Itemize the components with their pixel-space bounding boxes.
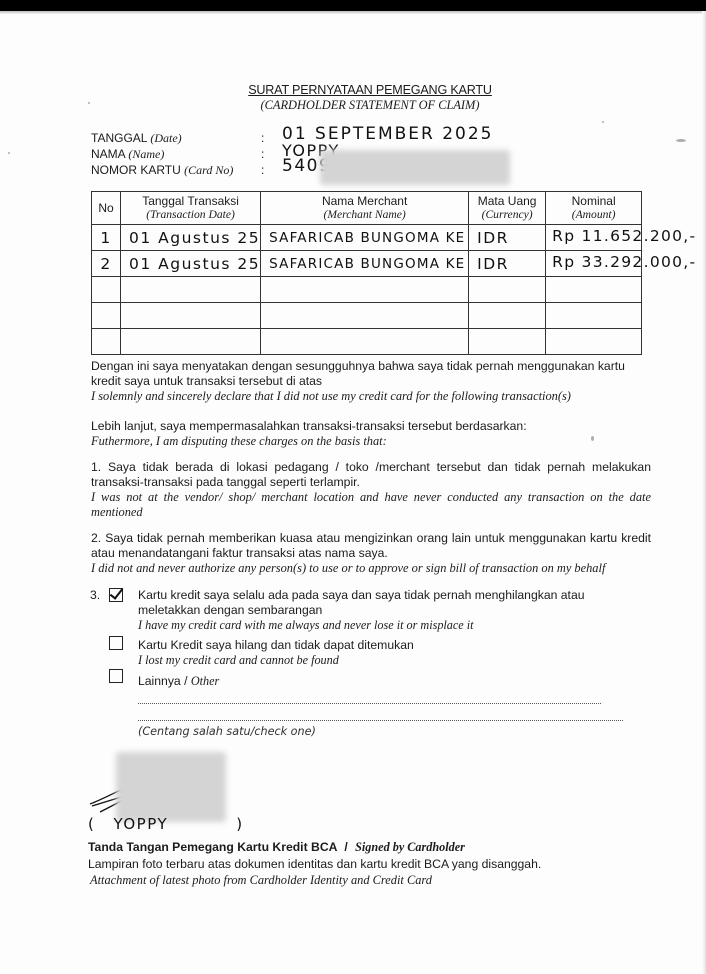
transaction-table: No Tanggal Transaksi (Transaction Date) … — [91, 191, 642, 355]
cell-no[interactable]: 1 — [92, 225, 121, 251]
scan-speck — [676, 139, 686, 142]
signer-name-value: YOPPY — [114, 815, 169, 833]
option-other-text: Lainnya / — [138, 674, 191, 688]
col-no: No — [92, 192, 121, 225]
field-name-label-en: (Name) — [128, 147, 164, 161]
field-name-label: NAMA — [91, 147, 125, 161]
attachment-note: Lampiran foto terbaru atas dokumen ident… — [88, 857, 541, 871]
cell-currency[interactable] — [469, 329, 546, 355]
cell-date[interactable] — [121, 303, 261, 329]
signer-name-open: ( — [88, 815, 95, 833]
col-amount: Nominal (Amount) — [546, 192, 642, 225]
col-transaction-date-label: Tanggal Transaksi — [121, 194, 260, 208]
cell-currency[interactable] — [469, 277, 546, 303]
option-always-have-card: Kartu kredit saya selalu ada pada saya d… — [138, 588, 648, 633]
checkbox-card-lost[interactable] — [109, 636, 123, 650]
cell-currency[interactable]: IDR — [469, 251, 546, 277]
field-card-no-colon: : — [261, 163, 264, 178]
cell-amount[interactable]: Rp 11.652.200,- — [546, 225, 642, 251]
signature-label-text-en: Signed by Cardholder — [355, 840, 465, 854]
cell-amount[interactable] — [546, 303, 642, 329]
field-date-value[interactable]: 01 SEPTEMBER 2025 — [282, 127, 494, 142]
declaration-block: Dengan ini saya menyatakan dengan sesung… — [91, 359, 651, 404]
signature-label-text: Tanda Tangan Pemegang Kartu Kredit BCA — [88, 840, 337, 854]
document-subtitle: (CARDHOLDER STATEMENT OF CLAIM) — [0, 98, 706, 113]
option-card-lost-text: Kartu Kredit saya hilang dan tidak dapat… — [138, 638, 648, 653]
dispute-intro: Lebih lanjut, saya mempermasalahkan tran… — [91, 419, 651, 449]
cell-currency[interactable]: IDR — [469, 225, 546, 251]
document-title: SURAT PERNYATAAN PEMEGANG KARTU — [0, 83, 706, 97]
cell-currency[interactable] — [469, 303, 546, 329]
col-merchant-name-label-en: (Merchant Name) — [261, 208, 468, 222]
option-card-lost: Kartu Kredit saya hilang dan tidak dapat… — [138, 638, 648, 668]
scan-speck — [602, 121, 604, 123]
signature-label-separator: / — [344, 840, 347, 854]
col-currency: Mata Uang (Currency) — [469, 192, 546, 225]
dispute-intro-text: Lebih lanjut, saya mempermasalahkan tran… — [91, 419, 651, 434]
cell-amount[interactable]: Rp 33.292.000,- — [546, 251, 642, 277]
scan-edge-shadow — [0, 11, 706, 14]
declaration-text-en: I solemnly and sincerely declare that I … — [91, 389, 651, 404]
option-card-lost-text-en: I lost my credit card and cannot be foun… — [138, 653, 648, 668]
checkbox-other[interactable] — [109, 669, 123, 683]
dispute-intro-text-en: Futhermore, I am disputing these charges… — [91, 434, 651, 449]
reason-2-text-en: I did not and never authorize any person… — [91, 561, 651, 576]
cell-date[interactable] — [121, 277, 261, 303]
col-amount-label-en: (Amount) — [546, 208, 641, 222]
col-currency-label: Mata Uang — [469, 194, 545, 208]
table-row — [92, 329, 642, 355]
redaction-blur — [320, 150, 510, 185]
cell-amount[interactable] — [546, 329, 642, 355]
cell-date[interactable]: 01 Agustus 25 — [121, 251, 261, 277]
attachment-note-en: Attachment of latest photo from Cardhold… — [90, 873, 432, 888]
check-one-hint: (Centang salah satu/check one) — [138, 725, 316, 738]
table-header-row: No Tanggal Transaksi (Transaction Date) … — [92, 192, 642, 225]
table-row — [92, 303, 642, 329]
cell-merchant[interactable] — [261, 303, 469, 329]
col-transaction-date: Tanggal Transaksi (Transaction Date) — [121, 192, 261, 225]
col-transaction-date-label-en: (Transaction Date) — [121, 208, 260, 222]
cell-amount[interactable] — [546, 277, 642, 303]
field-name-colon: : — [261, 147, 264, 162]
col-amount-label: Nominal — [546, 194, 641, 208]
field-name: NAMA (Name) : YOPPY — [91, 147, 164, 162]
signature-redaction-blur — [116, 752, 226, 822]
field-card-no-label-en: (Card No) — [184, 163, 233, 177]
cell-no[interactable]: 2 — [92, 251, 121, 277]
field-card-no-label: NOMOR KARTU — [91, 163, 181, 177]
cell-amount-text: Rp 33.292.000,- — [552, 253, 696, 271]
scan-right-edge — [702, 11, 706, 974]
col-currency-label-en: (Currency) — [469, 208, 545, 222]
col-merchant-name: Nama Merchant (Merchant Name) — [261, 192, 469, 225]
field-date: TANGGAL (Date) : 01 SEPTEMBER 2025 — [91, 131, 182, 146]
other-reason-line-2[interactable] — [138, 720, 623, 721]
cell-merchant[interactable] — [261, 277, 469, 303]
cell-merchant[interactable]: SAFARICAB BUNGOMA KE — [261, 251, 469, 277]
reason-1-text-en: I was not at the vendor/ shop/ merchant … — [91, 490, 651, 520]
reason-3-number: 3. — [90, 588, 100, 602]
cell-date[interactable]: 01 Agustus 25 — [121, 225, 261, 251]
option-other: Lainnya / Other — [138, 674, 648, 689]
declaration-text: Dengan ini saya menyatakan dengan sesung… — [91, 359, 651, 389]
reason-2: 2. Saya tidak pernah memberikan kuasa at… — [91, 531, 651, 576]
cell-no[interactable] — [92, 277, 121, 303]
table-row — [92, 277, 642, 303]
reason-2-text: 2. Saya tidak pernah memberikan kuasa at… — [91, 531, 651, 561]
cell-amount-text: Rp 11.652.200,- — [552, 227, 696, 245]
signer-name: ( YOPPY ) — [88, 815, 244, 833]
field-card-no: NOMOR KARTU (Card No) : 5409 — [91, 163, 233, 178]
field-date-colon: : — [261, 131, 264, 146]
field-date-label-en: (Date) — [150, 131, 181, 145]
reason-1-text: 1. Saya tidak berada di lokasi pedagang … — [91, 460, 651, 490]
signer-name-close: ) — [236, 815, 243, 833]
field-date-label: TANGGAL — [91, 131, 147, 145]
scan-speck — [8, 152, 10, 154]
cell-merchant[interactable] — [261, 329, 469, 355]
cell-no[interactable] — [92, 329, 121, 355]
option-always-have-card-text: Kartu kredit saya selalu ada pada saya d… — [138, 588, 648, 618]
table-row: 201 Agustus 25SAFARICAB BUNGOMA KEIDRRp … — [92, 251, 642, 277]
other-reason-line-1[interactable] — [138, 703, 601, 704]
col-merchant-name-label: Nama Merchant — [261, 194, 468, 208]
cell-merchant[interactable]: SAFARICAB BUNGOMA KE — [261, 225, 469, 251]
checkbox-always-have-card[interactable] — [109, 588, 123, 602]
cell-date[interactable] — [121, 329, 261, 355]
scan-top-border — [0, 0, 706, 11]
reason-1: 1. Saya tidak berada di lokasi pedagang … — [91, 460, 651, 520]
signature-label: Tanda Tangan Pemegang Kartu Kredit BCA /… — [88, 840, 465, 855]
option-other-text-en: Other — [191, 674, 219, 688]
table-row: 101 Agustus 25SAFARICAB BUNGOMA KEIDRRp … — [92, 225, 642, 251]
cell-no[interactable] — [92, 303, 121, 329]
option-always-have-card-text-en: I have my credit card with me always and… — [138, 618, 648, 633]
